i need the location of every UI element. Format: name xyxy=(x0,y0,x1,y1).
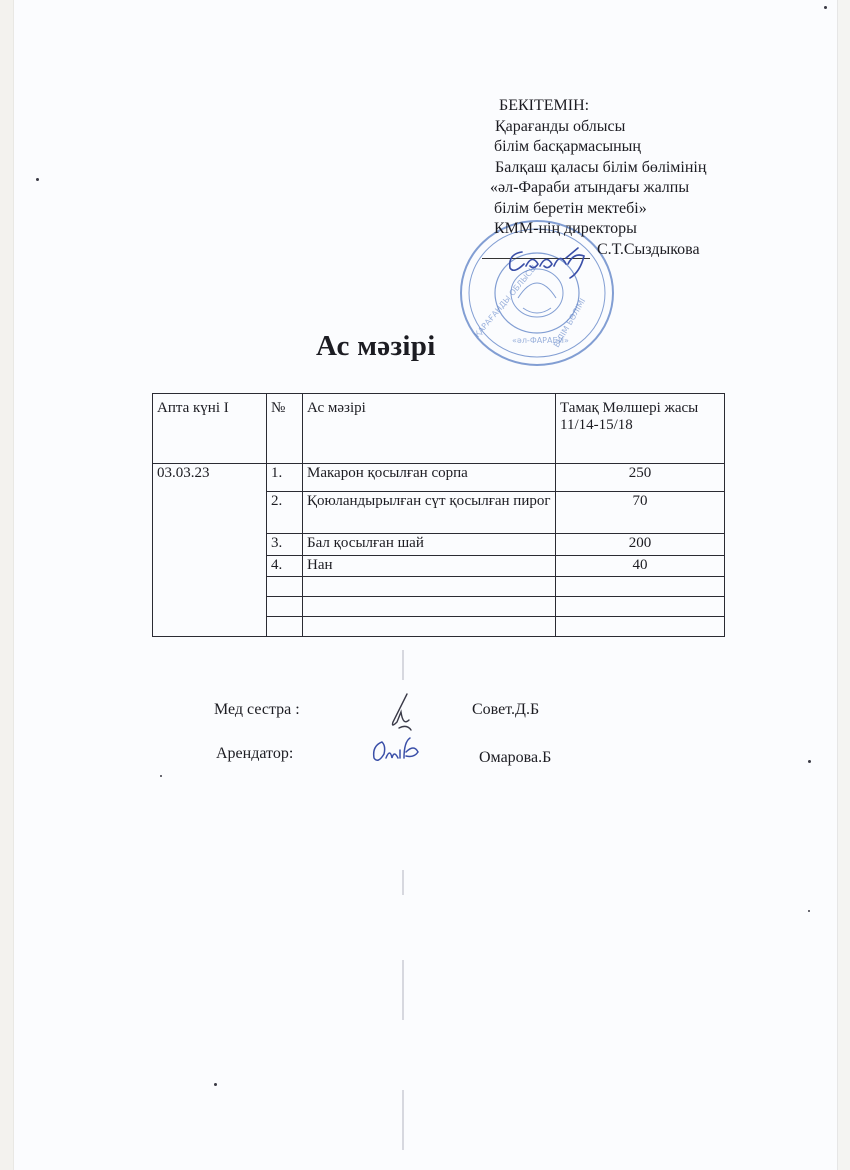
row-quantity: 200 xyxy=(556,534,725,556)
row-dish xyxy=(303,617,556,637)
fold-mark xyxy=(402,1090,404,1150)
nurse-label: Мед сестра : xyxy=(214,701,300,719)
scan-speck xyxy=(214,1083,217,1086)
menu-table: Апта күні І № Ас мәзірі Тамақ Мөлшері жа… xyxy=(152,393,725,637)
scan-speck xyxy=(808,760,811,763)
row-number: 1. xyxy=(267,464,303,492)
row-dish: Бал қосылған шай xyxy=(303,534,556,556)
row-dish: Нан xyxy=(303,556,556,577)
row-number: 2. xyxy=(267,492,303,534)
row-dish xyxy=(303,597,556,617)
approval-heading: БЕКІТЕМІН: xyxy=(490,96,790,117)
approval-block: БЕКІТЕМІН: Қарағанды облысы білім басқар… xyxy=(490,96,790,262)
row-quantity xyxy=(556,577,725,597)
scan-speck xyxy=(160,775,162,777)
row-number xyxy=(267,597,303,617)
svg-text:«әл-ФАРАБИ»: «әл-ФАРАБИ» xyxy=(512,336,569,345)
row-quantity: 70 xyxy=(556,492,725,534)
header-dish: Ас мәзірі xyxy=(303,394,556,464)
row-number: 4. xyxy=(267,556,303,577)
approval-line: білім басқармасының xyxy=(490,137,790,158)
row-quantity xyxy=(556,617,725,637)
header-number: № xyxy=(267,394,303,464)
row-quantity xyxy=(556,597,725,617)
tenant-label: Арендатор: xyxy=(216,745,293,763)
page-title: Ас мәзірі xyxy=(316,330,436,363)
nurse-name: Совет.Д.Б xyxy=(472,701,539,719)
row-dish: Макарон қосылған сорпа xyxy=(303,464,556,492)
scan-left-edge xyxy=(0,0,14,1170)
scan-right-edge xyxy=(837,0,850,1170)
approval-line: КММ-нің директоры xyxy=(490,219,790,240)
header-quantity: Тамақ Мөлшері жасы 11/14-15/18 xyxy=(556,394,725,464)
row-quantity: 250 xyxy=(556,464,725,492)
director-signature-icon xyxy=(500,242,600,282)
tenant-name: Омарова.Б xyxy=(479,749,551,767)
row-quantity: 40 xyxy=(556,556,725,577)
director-name: С.Т.Сыздыкова xyxy=(597,240,700,261)
approval-line: Қарағанды облысы xyxy=(490,117,790,138)
table-header-row: Апта күні І № Ас мәзірі Тамақ Мөлшері жа… xyxy=(153,394,725,464)
scan-speck xyxy=(808,910,810,912)
table-row: 03.03.23 1. Макарон қосылған сорпа 250 xyxy=(153,464,725,492)
fold-mark xyxy=(402,960,404,1020)
scan-speck xyxy=(824,6,827,9)
scan-speck xyxy=(36,178,39,181)
nurse-signature-icon xyxy=(385,692,417,734)
row-dish xyxy=(303,577,556,597)
row-number xyxy=(267,577,303,597)
fold-mark xyxy=(402,650,404,680)
approval-line: «әл-Фараби атындағы жалпы xyxy=(490,178,790,199)
row-dish: Қоюландырылған сүт қосылған пирог xyxy=(303,492,556,534)
row-number xyxy=(267,617,303,637)
approval-line: білім беретін мектебі» xyxy=(490,199,790,220)
tenant-signature-icon xyxy=(370,732,422,770)
fold-mark xyxy=(402,870,404,895)
header-day: Апта күні І xyxy=(153,394,267,464)
approval-line: Балқаш қаласы білім бөлімінің xyxy=(490,158,790,179)
row-number: 3. xyxy=(267,534,303,556)
date-cell: 03.03.23 xyxy=(153,464,267,637)
